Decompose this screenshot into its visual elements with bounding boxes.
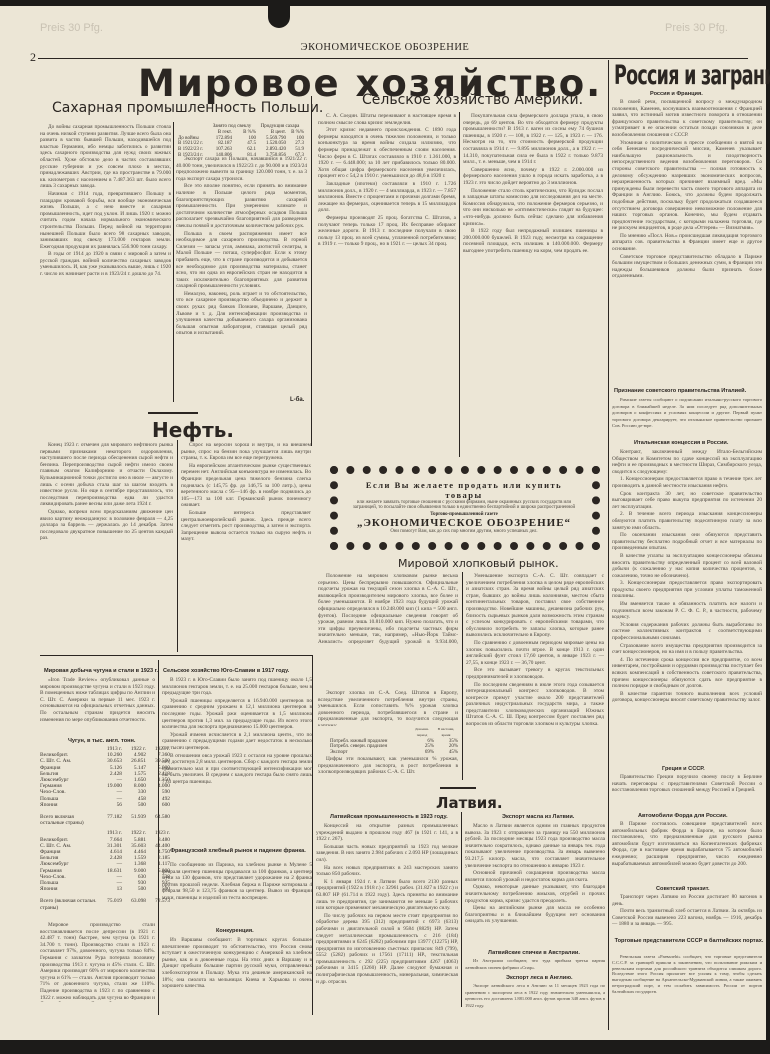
concession-body: Контракт, заключенный между Итало-Бельги… — [612, 449, 762, 765]
cotton-body-col1: Положение на мировом хлопковом рынке вес… — [318, 573, 458, 645]
sugar-title: Сахарная промышленность Польши. — [52, 100, 323, 116]
pig-iron-table: 1913 г.1922 г.1923 г. Великобрит.10.2604… — [40, 746, 170, 911]
bleed-through-text: Preis 30 Pfg. — [665, 22, 728, 34]
column-divider — [462, 572, 463, 780]
column-divider — [177, 440, 178, 652]
column-divider — [608, 60, 609, 1030]
table-row: Япония13500500 — [40, 886, 170, 892]
section-rule — [440, 787, 476, 789]
table-row: Япония56500600 — [40, 802, 170, 808]
pig-iron-total: Всего включая остальные страны)77.18251.… — [40, 814, 170, 826]
header-rule — [38, 58, 748, 59]
italy-body: Римские газеты сообщают о подписании ита… — [612, 397, 762, 429]
ad-paper-name: „ЭКОНОМИЧЕСКОЕ ОБОЗРЕНИЕ“ — [348, 517, 580, 529]
column-divider — [158, 660, 159, 1015]
transit-title: Советский транзит. — [656, 886, 710, 892]
baltic-title: Торговые представители СССР в балтийских… — [614, 938, 764, 944]
latvia-industry-title: Латвийская промышленность в 1923 году. — [330, 814, 448, 820]
neft-body-col2: Спрос на керосин хорош и внутри, и на вн… — [181, 442, 311, 652]
iron-body: «Iron Trade Review» опубликовал данные о… — [40, 677, 155, 733]
greece-title: Греция и СССР. — [662, 766, 705, 772]
ad-body: или желаете завязать торговые сношения с… — [348, 500, 580, 511]
competition-body: Из Варшавы сообщают: В торговых кругах б… — [162, 937, 312, 1005]
russia-france-body: В своей речи, посвященной вопросу о межд… — [612, 99, 762, 364]
cotton-title: Мировой хлопковый рынок. — [398, 557, 559, 570]
sugar-body-2: Экспорт сахара из Польши, начавшийся в 1… — [176, 156, 307, 399]
america-body-col1: С. А. Соедин. Штаты переживают в настоящ… — [318, 113, 456, 458]
column-divider — [173, 122, 174, 402]
cotton-conclusion: Цифры эти показывают, как уменьшился % у… — [318, 756, 458, 778]
column-divider — [311, 96, 312, 446]
matches-title: Латвийские спички в Австралии. — [488, 950, 580, 956]
baltic-body: Ревельская газета «Pаевалеht» сообщает, … — [612, 954, 762, 1010]
sugar-table: Занято под свеклуПродукция сахара В гект… — [178, 124, 308, 159]
latvia-industry-body: Концессий на открытие разных промышленны… — [316, 823, 458, 1008]
transit-body: Транспорт через Латвию из России достига… — [612, 894, 762, 932]
section-rule — [40, 655, 312, 656]
matches-body: Из Австралии сообщают, что туда прибыла … — [465, 958, 605, 972]
yugoslavia-title: Сельское хозяйство Юго-Славии в 1917 год… — [163, 668, 289, 674]
concession-title: Итальянская концессия в России. — [634, 440, 728, 446]
ink-blot — [268, 2, 290, 28]
franc-body: По сообщению из Парижа, на хлебном рынке… — [162, 862, 312, 924]
sugar-signature: L-ба. — [290, 397, 304, 403]
side-title: Россия и заграница. — [614, 60, 770, 91]
latvia-title: Латвия. — [436, 794, 503, 812]
section-rule — [148, 412, 198, 414]
competition-title: Конкуренция. — [216, 928, 254, 934]
iron-title: Мировая добыча чугуна и стали в 1923 г. — [44, 668, 158, 674]
neft-title: Нефть. — [152, 418, 234, 442]
franc-title: Французский хлебный рынок и падение фран… — [168, 848, 308, 854]
america-title: Сельское хозяйство Америки. — [362, 92, 583, 108]
pig-iron-table-title: Чугун, в тыс. англ. тонн. — [68, 738, 135, 744]
butter-body: Масло в Латвии является одним из главных… — [465, 823, 605, 943]
cotton-body-col1b: Экспорт хлопка из С.-А. Соед. Штатов в Е… — [318, 690, 458, 726]
bleed-through-text: Preis 30 Pfg. — [40, 22, 103, 34]
ad-headline: Если Вы желаете продать или купить товар… — [348, 480, 580, 500]
russia-france-title: Россия и Франция. — [650, 91, 703, 97]
newspaper-page: Preis 30 Pfg. Preis 30 Pfg. 2 ЭКОНОМИЧЕС… — [0, 0, 766, 1040]
ford-title: Автомобили Форда для России. — [638, 813, 728, 819]
scan-border-top — [0, 0, 770, 6]
neft-body-col1: Конец 1923 г. отмечен для мирового нефтя… — [40, 442, 173, 652]
yugoslavia-body: В 1923 г. в Юго-Славии было занято под п… — [162, 677, 312, 847]
advertisement-box: Если Вы желаете продать или купить товар… — [330, 466, 600, 550]
cotton-body-col2: Уменьшение экспорта С.-А. С. Шт. совпада… — [466, 573, 604, 781]
butter-title: Экспорт масла из Латвии. — [502, 814, 574, 820]
italy-title: Признание советского правительства Итали… — [614, 388, 746, 394]
timber-title: Экспорт леса в Англию. — [506, 975, 573, 981]
steel-total: Всего (включая остальн. страны)75.01963.… — [40, 898, 170, 910]
ford-body: В Париже состоялось совещание представит… — [612, 821, 762, 881]
timber-body: Экспорт латвийского леса в Англию за 11 … — [465, 983, 605, 1009]
running-head: ЭКОНОМИЧЕСКОЕ ОБОЗРЕНИЕ — [0, 42, 770, 53]
cotton-table: Довоенн. периодВ настоящ. время Потребл.… — [330, 727, 458, 756]
column-divider — [459, 112, 460, 457]
ad-tagline: Они помогут Вам, как до сих пор многим д… — [348, 529, 580, 534]
greece-body: Правительство Греции поручило своему пос… — [612, 774, 762, 802]
sugar-body: До войны сахарная промышленность Польши … — [40, 124, 171, 399]
america-body-col2: Покупательная сила фермерского доллара у… — [463, 113, 603, 458]
column-divider — [461, 812, 462, 1007]
column-divider — [312, 655, 313, 1015]
iron-body-2: Мировое производство стали восстанавлива… — [40, 922, 155, 1002]
